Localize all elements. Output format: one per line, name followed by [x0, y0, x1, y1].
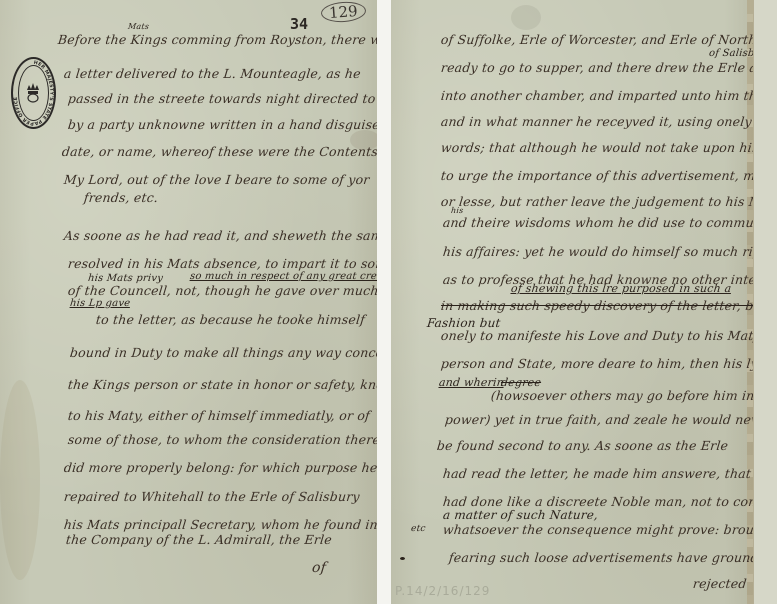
stamp-text: HER MAJESTY'S STATE PAPER OFFICE [13, 59, 54, 127]
manuscript-line: (howsoever others may go before him in [490, 388, 753, 403]
catchword: rejected [692, 576, 747, 591]
paper-stain [511, 5, 541, 30]
manuscript-line: by a party unknowne written in a hand di… [67, 117, 377, 132]
archive-reference: P.14/2/16/129 [395, 584, 490, 598]
manuscript-line: repaired to Whitehall to the Erle of Sal… [63, 489, 360, 504]
manuscript-line: passed in the streete towards night dire… [67, 91, 377, 106]
manuscript-line: the Kings person or state in honor or sa… [67, 377, 377, 392]
manuscript-line: power) yet in true faith, and zeale he w… [444, 412, 753, 427]
manuscript-line: to his Maty, either of himself immediatl… [67, 408, 371, 423]
interlinear-note: his [451, 206, 464, 215]
manuscript-line: be found second to any. As soone as the … [436, 438, 729, 453]
manuscript-line: his affaires: yet he would do himself so… [442, 244, 753, 259]
manuscript-line: As soone as he had read it, and sheweth … [63, 228, 377, 243]
margin-note: etc [410, 524, 426, 534]
manuscript-line: a letter delivered to the L. Mounteagle,… [63, 66, 361, 81]
manuscript-line: the Company of the L. Admirall, the Erle [65, 532, 333, 547]
paper-stain [0, 380, 40, 580]
interlinear-note: his Lp gave [69, 298, 130, 309]
interlinear-note: Mats [128, 22, 150, 31]
manuscript-line: to the letter, as because he tooke himse… [95, 312, 366, 327]
binding-guard-strip [753, 0, 777, 604]
folio-number: 129 [320, 0, 366, 23]
manuscript-line: frends, etc. [83, 190, 159, 205]
interlinear-note: a matter of such Nature, [442, 508, 599, 522]
right-manuscript-page: of Suffolke, Erle of Worcester, and Erle… [391, 0, 753, 604]
manuscript-line: did more properly belong: for which purp… [63, 460, 377, 475]
interlinear-note: of Salisb [708, 48, 753, 59]
manuscript-line: My Lord, out of the love I beare to some… [63, 172, 370, 187]
manuscript-line: and in what manner he receyved it, using… [440, 114, 753, 129]
manuscript-line: onely to manifeste his Love and Duty to … [440, 328, 753, 343]
manuscript-line: fearing such loose advertisements have g… [448, 550, 753, 565]
left-manuscript-page: 129 34 HER MAJESTY'S STATE PAPER OFFICE … [0, 0, 377, 604]
svg-text:HER MAJESTY'S STATE PAPER OFFI: HER MAJESTY'S STATE PAPER OFFICE [13, 60, 54, 127]
interlinear-note: of shewing this lre purposed in such a [510, 282, 732, 295]
manuscript-line: Before the Kings comming from Royston, t… [57, 32, 377, 47]
manuscript-line: and theire wisdoms whom he did use to co… [442, 215, 753, 230]
manuscript-line: words; that although he would not take u… [440, 140, 753, 155]
page-number: 34 [290, 15, 308, 33]
interlinear-note: so much in respect of any great credit [189, 271, 377, 282]
stamp-label: HER MAJESTY'S STATE PAPER OFFICE [13, 60, 54, 127]
manuscript-line: to urge the importance of this advertise… [440, 168, 753, 183]
manuscript-line: resolved in his Mats absence, to impart … [67, 256, 377, 271]
manuscript-line: whatsoever the consequence might prove: … [442, 522, 753, 537]
manuscript-line: person and State, more deare to him, the… [440, 356, 753, 371]
manuscript-line: date, or name, whereof these were the Co… [61, 144, 377, 159]
manuscript-line: his Mats principall Secretary, whom he f… [63, 517, 377, 532]
manuscript-line: or lesse, but rather leave the judgement… [440, 194, 753, 209]
manuscript-line: had done like a discreete Noble man, not… [442, 494, 753, 509]
struck-manuscript-line: in making such speedy discovery of the l… [440, 298, 753, 313]
state-paper-office-stamp: HER MAJESTY'S STATE PAPER OFFICE [11, 57, 56, 129]
manuscript-line: had read the letter, he made him answere… [442, 466, 753, 481]
catchword: of [311, 560, 327, 576]
manuscript-line: of Suffolke, Erle of Worcester, and Erle… [440, 32, 753, 47]
manuscript-line: some of those, to whom the consideration… [67, 432, 377, 447]
manuscript-line: into another chamber, and imparted unto … [440, 88, 753, 103]
manuscript-line: ready to go to supper, and there drew th… [440, 60, 753, 75]
manuscript-line: bound in Duty to make all things any way… [69, 345, 377, 360]
manuscript-line: of the Councell, not, though he gave ove… [67, 283, 377, 298]
ink-blot [400, 557, 405, 560]
